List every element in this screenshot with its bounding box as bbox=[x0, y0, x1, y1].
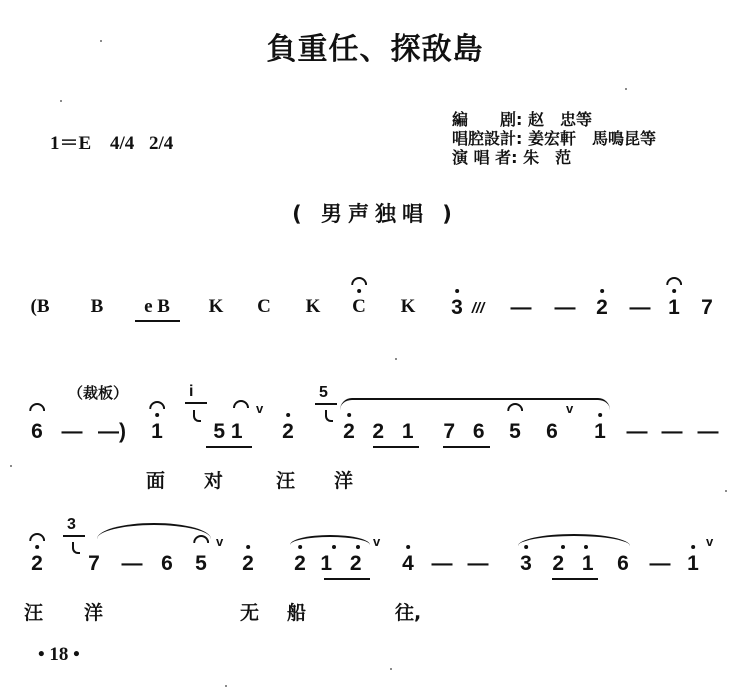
breath-mark-icon: v bbox=[566, 401, 573, 416]
lyric: 往, bbox=[395, 598, 421, 625]
note: 2 bbox=[242, 552, 254, 576]
slur bbox=[97, 523, 211, 539]
key-signature: 1＝E bbox=[50, 133, 91, 154]
lyric: 汪 bbox=[24, 598, 43, 625]
note: 3 bbox=[520, 552, 532, 576]
credit-row-composer: 唱腔設計: 姜宏軒 馬鳴昆等 bbox=[452, 129, 656, 148]
dash: — bbox=[662, 420, 683, 444]
note: 2 bbox=[282, 420, 294, 444]
dash: — bbox=[468, 552, 489, 576]
note: 7 bbox=[88, 552, 100, 576]
speck bbox=[625, 88, 627, 90]
speck bbox=[225, 685, 227, 687]
underline bbox=[206, 446, 252, 448]
time-signature-2: 2/4 bbox=[149, 133, 173, 154]
note: 2 bbox=[596, 296, 608, 320]
song-title: 負重任、探敌島 bbox=[0, 24, 750, 68]
speck bbox=[395, 358, 397, 360]
note-pair: 7 6 bbox=[443, 420, 490, 444]
breath-mark-icon: v bbox=[256, 401, 263, 416]
dash-close: —) bbox=[98, 420, 126, 444]
lyric: 洋 bbox=[84, 598, 103, 625]
note: 4 bbox=[402, 552, 414, 576]
note-pair: 2 1 bbox=[372, 420, 419, 444]
credit-row-writer: 編 剧: 赵 忠等 bbox=[452, 110, 656, 129]
note-fermata: 1 bbox=[151, 420, 163, 444]
breath-mark-icon: v bbox=[216, 534, 223, 549]
slur bbox=[518, 534, 630, 546]
note-fermata: 5 bbox=[195, 552, 207, 576]
note-fermata: 5 bbox=[509, 420, 521, 444]
dash: — bbox=[627, 420, 648, 444]
underline bbox=[135, 320, 180, 322]
note: 6 bbox=[161, 552, 173, 576]
note-pair: 1 2 bbox=[320, 552, 367, 576]
slur bbox=[290, 535, 370, 545]
underline bbox=[443, 446, 490, 448]
note: K bbox=[306, 296, 321, 318]
note: e B bbox=[144, 296, 170, 318]
note: 3 bbox=[451, 296, 463, 320]
lyric: 汪 bbox=[276, 466, 295, 493]
note-pair: 5 1 bbox=[213, 420, 242, 444]
lyric: 洋 bbox=[334, 466, 353, 493]
dash: — bbox=[432, 552, 453, 576]
underline bbox=[324, 578, 370, 580]
dash: — bbox=[555, 296, 576, 320]
note: K bbox=[209, 296, 224, 318]
note: 1 bbox=[594, 420, 606, 444]
note-fermata: 6 bbox=[31, 420, 43, 444]
note: 2 bbox=[294, 552, 306, 576]
note: 7 bbox=[701, 296, 713, 320]
tremolo-mark: /// bbox=[472, 300, 485, 317]
lyric: 船 bbox=[287, 598, 306, 625]
time-signature-1: 4/4 bbox=[110, 133, 134, 154]
breath-mark-icon: v bbox=[373, 534, 380, 549]
speck bbox=[60, 100, 62, 102]
note-fermata: 1 bbox=[668, 296, 680, 320]
lyric: 面 bbox=[146, 466, 165, 493]
speck bbox=[390, 668, 392, 670]
grace-note: 5 bbox=[319, 384, 328, 402]
credits-block: 編 剧: 赵 忠等 唱腔設計: 姜宏軒 馬鳴昆等 演 唱 者: 朱 范 bbox=[452, 110, 656, 167]
dash: — bbox=[511, 296, 532, 320]
tempo-mark: （裁板） bbox=[68, 382, 128, 403]
note: 6 bbox=[617, 552, 629, 576]
dash: — bbox=[698, 420, 719, 444]
speck bbox=[100, 40, 102, 42]
grace-hook bbox=[193, 410, 201, 422]
credit-row-singer: 演 唱 者: 朱 范 bbox=[452, 148, 656, 167]
lyric: 对 bbox=[204, 466, 223, 493]
note: 1 bbox=[687, 552, 699, 576]
key-and-time-signature: 1＝E 4/4 2/4 bbox=[50, 128, 173, 155]
dash: — bbox=[122, 552, 143, 576]
note: B bbox=[91, 296, 104, 318]
note: 6 bbox=[546, 420, 558, 444]
note-fermata: 2 bbox=[31, 552, 43, 576]
dash: — bbox=[650, 552, 671, 576]
page-number: • 18 • bbox=[38, 644, 80, 666]
grace-hook bbox=[325, 410, 333, 422]
underline bbox=[373, 446, 419, 448]
note-fermata: C bbox=[352, 296, 366, 318]
speck bbox=[725, 490, 727, 492]
grace-hook bbox=[72, 542, 80, 554]
grace-note: i bbox=[189, 383, 193, 401]
breath-mark-icon: v bbox=[706, 534, 713, 549]
underline bbox=[552, 578, 598, 580]
dash: — bbox=[630, 296, 651, 320]
note: 2 bbox=[343, 420, 355, 444]
lyric: 无 bbox=[240, 598, 259, 625]
note: K bbox=[401, 296, 416, 318]
grace-note: 3 bbox=[67, 516, 76, 534]
dash: — bbox=[62, 420, 83, 444]
speck bbox=[10, 465, 12, 467]
note: C bbox=[257, 296, 271, 318]
performance-type: ( 男声独唱 ) bbox=[0, 198, 750, 228]
note-pair: 2 1 bbox=[552, 552, 599, 576]
note: (B bbox=[31, 296, 50, 318]
